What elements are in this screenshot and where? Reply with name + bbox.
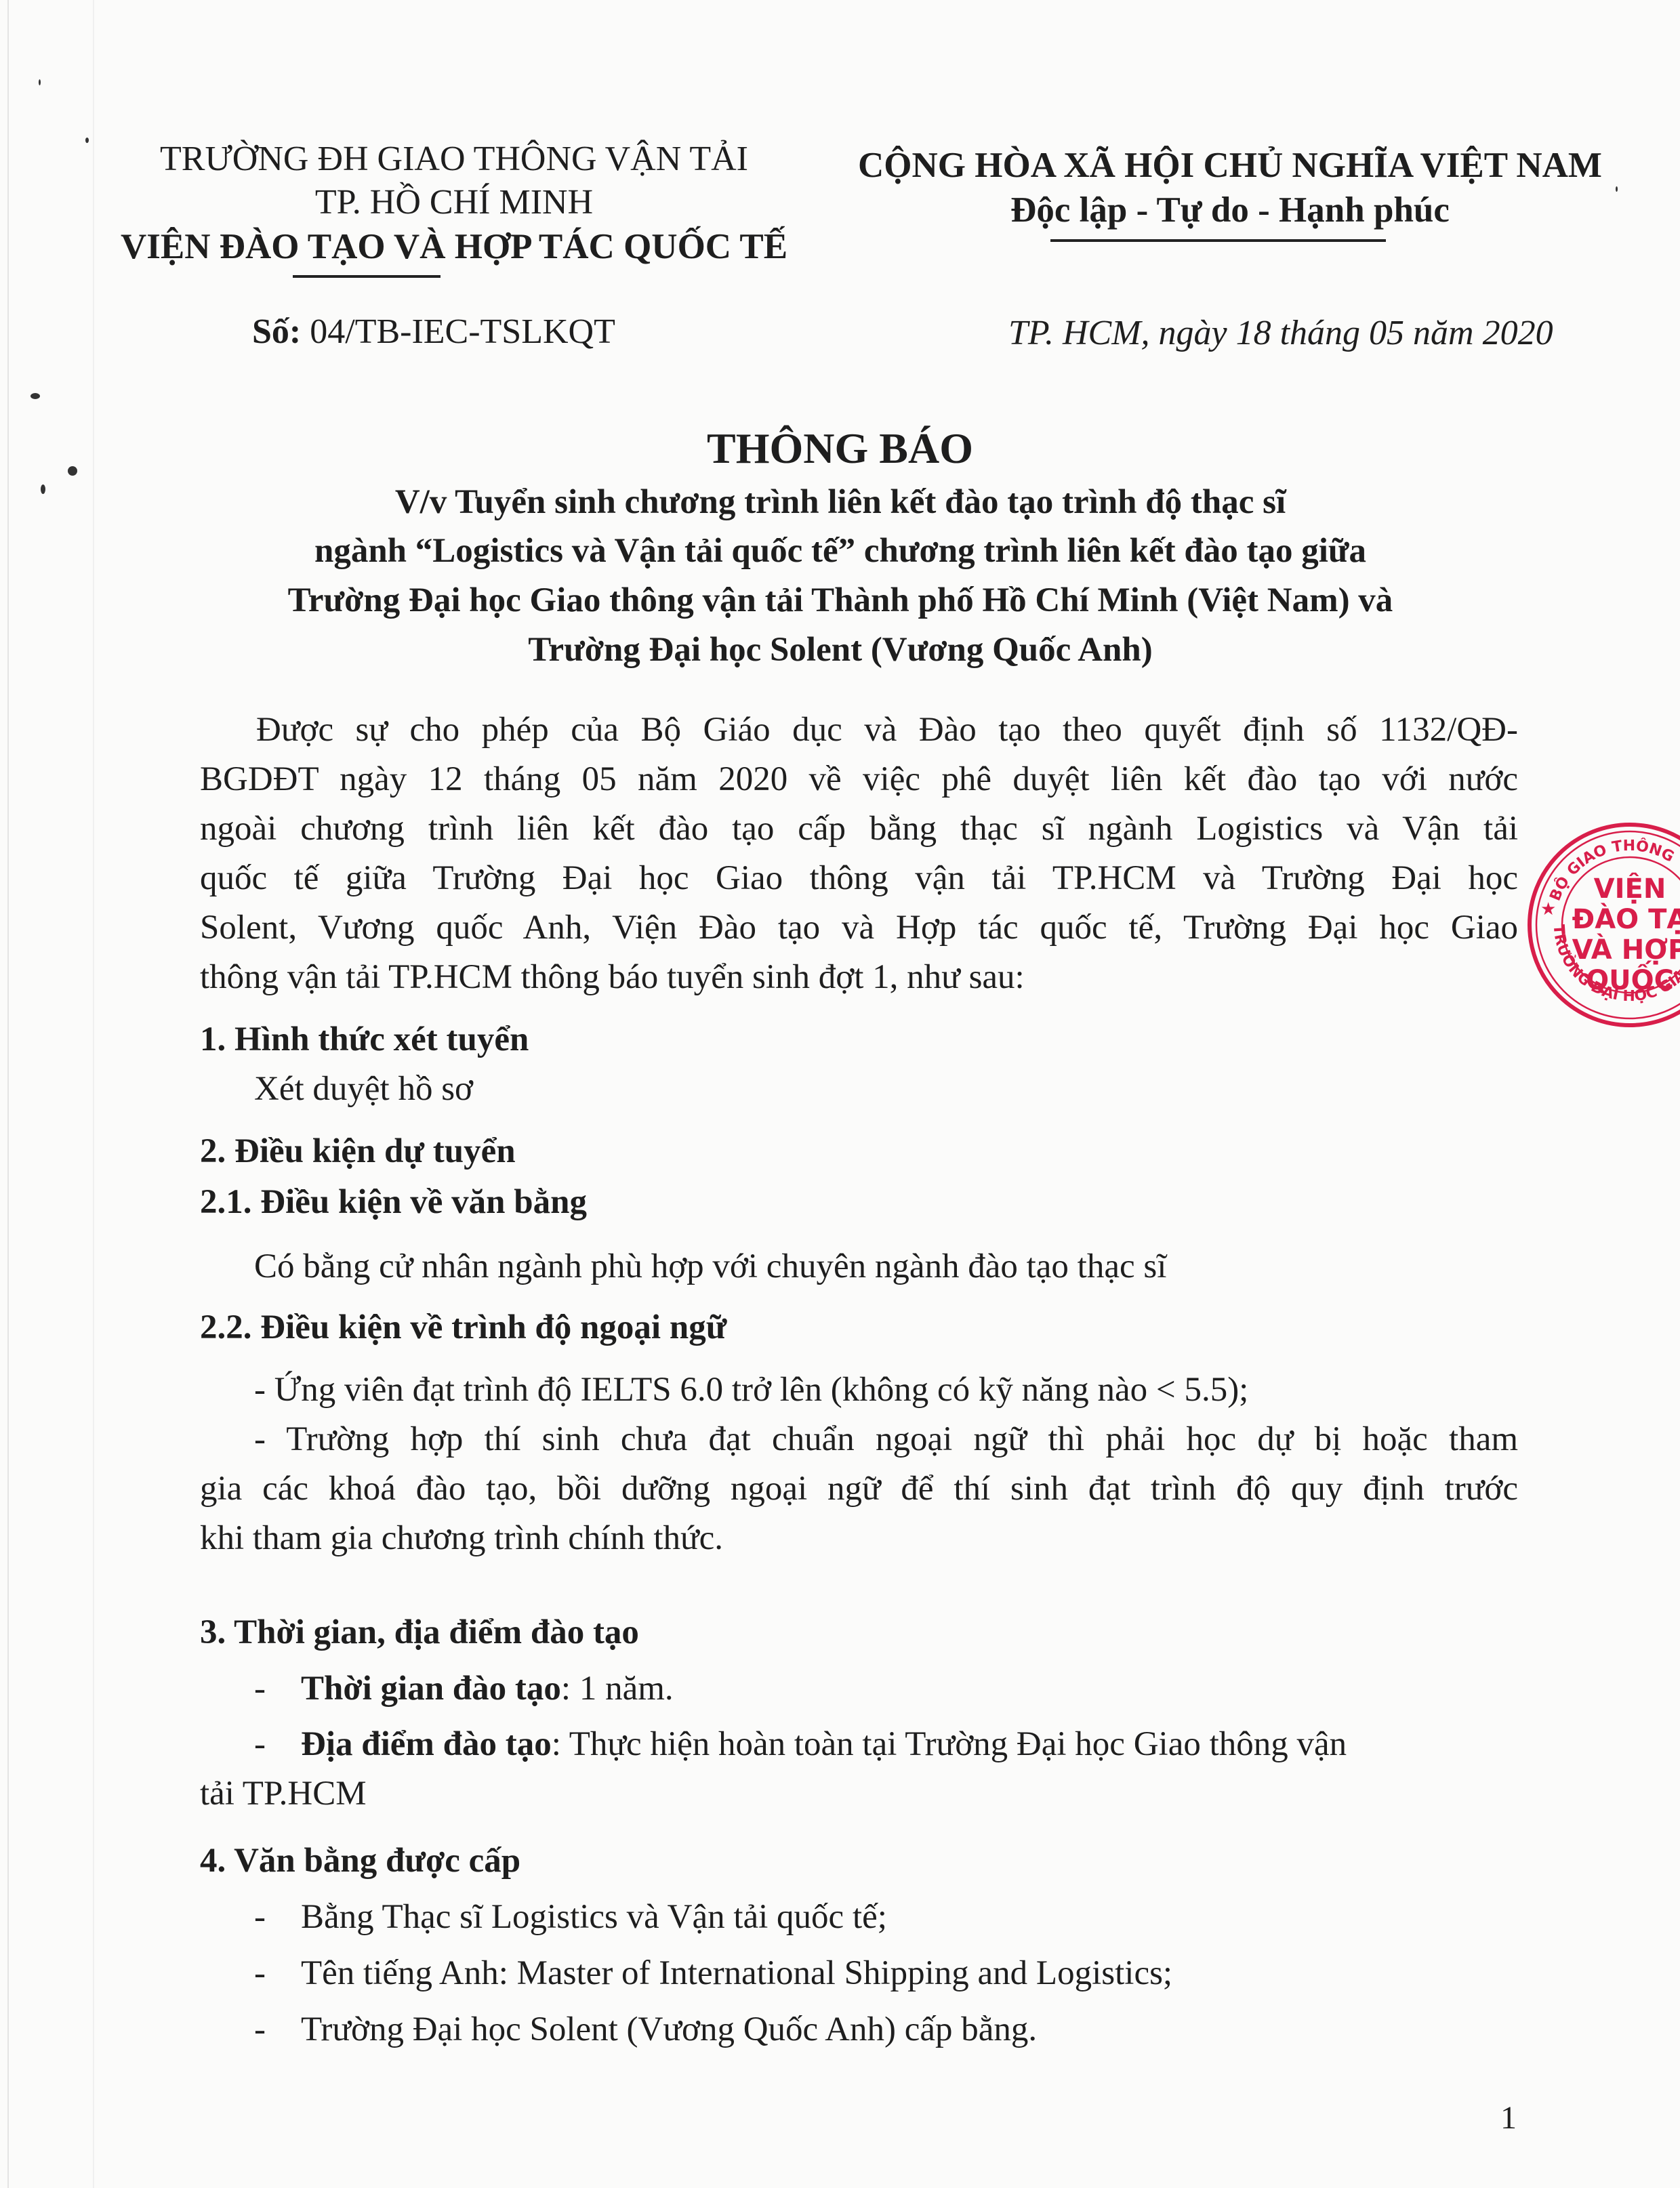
- training-duration-value: : 1 năm.: [561, 1670, 674, 1708]
- section-3-heading: 3. Thời gian, địa điểm đào tạo: [200, 1613, 639, 1652]
- degree-item-text: Tên tiếng Anh: Master of International S…: [301, 1954, 1172, 1992]
- document-title: THÔNG BÁO: [0, 424, 1680, 474]
- header-university-city: TP. HỒ CHÍ MINH: [102, 181, 806, 224]
- header-left-underline: [293, 275, 441, 278]
- bullet-dash: -: [254, 1954, 266, 1992]
- subject-line: Trường Đại học Giao thông vận tải Thành …: [156, 581, 1525, 620]
- language-requirement-item-cont: khi tham gia chương trình chính thức.: [200, 1519, 723, 1558]
- document-number: Số: 04/TB-IEC-TSLKQT: [252, 312, 615, 352]
- scan-speck: [85, 138, 89, 143]
- training-duration-label: Thời gian đào tạo: [301, 1670, 561, 1708]
- language-requirement-item-cont: gia các khoá đào tạo, bồi dưỡng ngoại ng…: [200, 1469, 1518, 1508]
- degree-item: -Trường Đại học Solent (Vương Quốc Anh) …: [254, 2010, 1037, 2049]
- bullet-dash: -: [254, 1725, 266, 1763]
- section-2-2-heading: 2.2. Điều kiện về trình độ ngoại ngữ: [200, 1308, 726, 1347]
- intro-line: Solent, Vương quốc Anh, Viện Đào tạo và …: [200, 908, 1518, 947]
- scan-speck: [39, 79, 41, 85]
- bullet-dash: -: [254, 2010, 266, 2048]
- section-2-1-text: Có bằng cử nhân ngành phù hợp với chuyên…: [254, 1247, 1166, 1286]
- subject-line: Trường Đại học Solent (Vương Quốc Anh): [156, 630, 1525, 669]
- svg-text:QUỐC: QUỐC: [1586, 959, 1674, 996]
- training-duration: -Thời gian đào tạo: 1 năm.: [254, 1669, 674, 1708]
- intro-line: thông vận tải TP.HCM thông báo tuyển sin…: [200, 957, 1025, 997]
- scan-speck: [41, 484, 45, 494]
- official-stamp: BỘ GIAO THÔNG TRƯỜNG ĐẠI HỌC GIAO THÔNG …: [1528, 823, 1680, 1027]
- header-right-underline: [1050, 239, 1386, 242]
- training-location-value: : Thực hiện hoàn toàn tại Trường Đại học…: [552, 1725, 1347, 1763]
- language-requirement-item: - Ứng viên đạt trình độ IELTS 6.0 trở lê…: [254, 1370, 1248, 1409]
- degree-item-text: Trường Đại học Solent (Vương Quốc Anh) c…: [301, 2010, 1037, 2048]
- subject-line: V/v Tuyển sinh chương trình liên kết đào…: [156, 482, 1525, 522]
- scan-edge-line: [93, 0, 94, 2188]
- bullet-dash: -: [254, 1670, 266, 1708]
- page-number: 1: [1500, 2099, 1517, 2137]
- intro-line: Được sự cho phép của Bộ Giáo dục và Đào …: [256, 710, 1518, 749]
- language-requirement-item: - Trường hợp thí sinh chưa đạt chuẩn ngo…: [254, 1420, 1518, 1459]
- intro-line: ngoài chương trình liên kết đào tạo cấp …: [200, 809, 1518, 848]
- header-country-name: CỘNG HÒA XÃ HỘI CHỦ NGHĨA VIỆT NAM: [806, 144, 1654, 187]
- place-date: TP. HCM, ngày 18 tháng 05 năm 2020: [1008, 313, 1553, 353]
- degree-item: -Tên tiếng Anh: Master of International …: [254, 1954, 1172, 1993]
- section-4-heading: 4. Văn bằng được cấp: [200, 1841, 520, 1880]
- scan-edge-line: [7, 0, 9, 2188]
- training-location: -Địa điểm đào tạo: Thực hiện hoàn toàn t…: [254, 1725, 1347, 1764]
- header-motto: Độc lập - Tự do - Hạnh phúc: [806, 188, 1654, 232]
- header-university-name: TRƯỜNG ĐH GIAO THÔNG VẬN TẢI: [102, 138, 806, 181]
- star-icon: ★: [1540, 899, 1556, 920]
- subject-line: ngành “Logistics và Vận tải quốc tế” chư…: [156, 531, 1525, 571]
- svg-text:VIỆN: VIỆN: [1594, 872, 1666, 905]
- section-2-1-heading: 2.1. Điều kiện về văn bằng: [200, 1182, 587, 1222]
- training-location-label: Địa điểm đào tạo: [301, 1725, 552, 1763]
- section-2-heading: 2. Điều kiện dự tuyển: [200, 1132, 516, 1171]
- scan-speck: [1616, 186, 1618, 192]
- svg-text:ĐÀO TẠ: ĐÀO TẠ: [1572, 903, 1680, 935]
- bullet-dash: -: [254, 1898, 266, 1936]
- intro-line: BGDĐT ngày 12 tháng 05 năm 2020 về việc …: [200, 760, 1518, 799]
- svg-text:VÀ HỢP: VÀ HỢP: [1572, 933, 1680, 966]
- section-1-text: Xét duyệt hồ sơ: [254, 1069, 473, 1109]
- intro-line: quốc tế giữa Trường Đại học Giao thông v…: [200, 859, 1518, 898]
- degree-item: -Bằng Thạc sĩ Logistics và Vận tải quốc …: [254, 1897, 887, 1937]
- document-number-label: Số:: [252, 312, 301, 351]
- scan-speck: [30, 393, 40, 399]
- scan-speck: [68, 466, 77, 476]
- training-location-cont: tải TP.HCM: [200, 1774, 367, 1813]
- stamp-seal-icon: BỘ GIAO THÔNG TRƯỜNG ĐẠI HỌC GIAO THÔNG …: [1528, 823, 1680, 1027]
- degree-item-text: Bằng Thạc sĩ Logistics và Vận tải quốc t…: [301, 1898, 887, 1936]
- section-1-heading: 1. Hình thức xét tuyển: [200, 1020, 529, 1059]
- header-institute-name: VIỆN ĐÀO TẠO VÀ HỢP TÁC QUỐC TẾ: [102, 225, 806, 268]
- document-number-value: 04/TB-IEC-TSLKQT: [310, 312, 615, 351]
